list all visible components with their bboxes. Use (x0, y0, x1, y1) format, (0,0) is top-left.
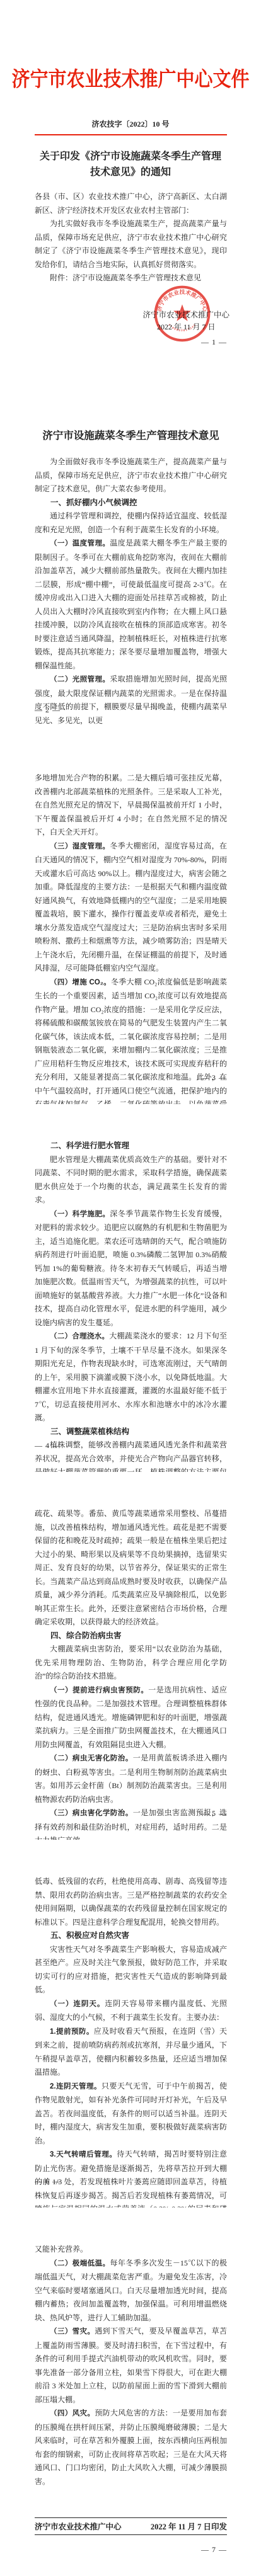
attachment-note: 附件：济宁市设施蔬菜冬季生产管理技术意见 (35, 271, 227, 285)
section-heading-5: 五、积极应对自然灾害 (35, 1929, 227, 1943)
paragraph-label: （二）极端低温。 (50, 2260, 110, 2267)
notice-title: 关于印发《济宁市设施蔬菜冬季生产管理技术意见》的通知 (36, 149, 225, 180)
paragraph: 多地增加光合产物的积累。二是大棚后墙可张挂反光幕，改善棚内北部蔬菜植株的光照条件… (35, 772, 227, 840)
svg-text:3708883017345: 3708883017345 (168, 323, 197, 332)
paragraph-label: 2.连阴天管理。 (50, 2083, 101, 2090)
page-3: 多地增加光合产物的积累。二是大棚后墙可张挂反光幕，改善棚内北部蔬菜植株的光照条件… (0, 736, 261, 1104)
paragraph-label: （二）病虫无害化防治。 (50, 1755, 133, 1762)
paragraph-label: 1.提前预防。 (50, 2028, 94, 2036)
red-divider (35, 134, 227, 135)
paragraph: （一）温度管理。温度是蔬菜大棚冬季生产最主要的限制因子。冬季可在大棚前底角挖防寒… (35, 537, 227, 673)
paragraph-label: （一）科学施肥。 (50, 1211, 110, 1218)
paragraph-label: （三）雪灾。 (50, 2328, 95, 2335)
page-number: — 4 — (35, 1441, 61, 1450)
attachment-title: 济宁市设施蔬菜冬季生产管理技术意见 (35, 368, 227, 443)
paragraph: （三）湿度管理。冬季大棚密闭，湿度容易过高，在白天通风的情况下，棚内空气相对湿度… (35, 840, 227, 976)
page-number: — 3 — (201, 1073, 227, 1083)
paragraph: 疏花、疏果等。番茄、黄瓜等蔬菜通常采用整枝、吊蔓措施，以改善植株结构，增加通风透… (35, 1507, 227, 1629)
paragraph: （三）雪灾。遇到下雪天气，要及早覆盖草苫，草苫上覆盖防雨雪薄膜。要及时清扫积雪，… (35, 2325, 227, 2407)
paragraph: （二）病虫无害化防治。一是用黄蓝板诱杀进入棚内的蚜虫、白粉虱等害虫。二是利用生物… (35, 1752, 227, 1806)
paragraph-label: （三）湿度管理。 (50, 843, 110, 850)
page-5: 疏花、疏果等。番茄、黄瓜等蔬菜通常采用整枝、吊蔓措施，以改善植株结构，增加通风透… (0, 1472, 261, 1840)
paragraph-label: （二）合理浇水。 (50, 1333, 109, 1340)
paragraph-label: （一）提前进行病虫害预防。 (50, 1687, 148, 1694)
paragraph-text: 温度是蔬菜大棚冬季生产最主要的限制因子。冬季可在大棚前底角挖防寒沟，夜间在大棚前… (35, 539, 227, 670)
paragraph-text: 深冬季节蔬菜作物生长发育缓慢，对肥料的需求较少。追肥应以腐熟的有机肥和生物菌肥为… (35, 1209, 227, 1327)
paragraph: 又能补充营养。 (35, 2243, 227, 2257)
paragraph-text: 冬季大棚 CO₂浓度偏低是影响蔬菜生长的一个重要因素，适当增加 CO₂浓度可以有… (35, 977, 227, 1105)
paragraph-label: （三）病虫害化学防治。 (50, 1809, 133, 1817)
paragraph-label: （四）风灾。 (50, 2410, 95, 2417)
seal-serial: 3708883017345 (168, 323, 197, 332)
paragraph: 低毒、低残留的农药，杜绝使用高毒、剧毒、高残留等违禁、限用农药防治病虫害。三是严… (35, 1875, 227, 1929)
paragraph: （一）科学施肥。深冬季节蔬菜作物生长发育缓慢，对肥料的需求较少。追肥应以腐熟的有… (35, 1207, 227, 1330)
paragraph: 灾害性天气对冬季蔬菜生产影响极大，容易造成减产甚至绝产。应及时关注气象预报，做好… (35, 1943, 227, 1997)
paragraph: （一）连阴天。连阴天容易带来棚内温度低、光照弱、湿度大的小气候，不利于蔬菜生长发… (35, 1997, 227, 2025)
colophon-print-date: 2022 年 11 月 7 日印发 (151, 2521, 227, 2532)
paragraph: 通过科学管理和调控，使棚内保持适宜温度、较低湿度和充足光照，创造一个有利于蔬菜生… (35, 510, 227, 537)
letter-body-block: 各县（市、区）农业技术推广中心，济宁高新区、太白湖新区、济宁经济技术开发区农业农… (35, 190, 227, 285)
doc-number: 济农技字〔2022〕10 号 (0, 118, 261, 129)
seal-star-icon (173, 304, 191, 321)
page-number: — 6 — (35, 2177, 61, 2186)
page-4: 二、科学进行肥水管理 肥水管理是大棚蔬菜优质高效生产的基础。要针对不同蔬菜、不同… (0, 1104, 261, 1472)
paragraph: 大棚蔬菜病虫害防治，要采用“以农业防治为基础，优先采用物理防治、生物防治，科学合… (35, 1643, 227, 1684)
page-number: — 2 — (35, 705, 61, 715)
paragraph-text: 每年冬季多次发生－15℃以下的极端低温天气，对大棚蔬菜危害严重。为避免发生冻害，… (35, 2259, 227, 2322)
page-7: 又能补充营养。 （二）极端低温。每年冬季多次发生－15℃以下的极端低温天气，对大… (0, 2208, 261, 2576)
paragraph: （二）光照管理。采取措施增加光照时间，提高光照强度，最大限度保证棚内蔬菜的光照需… (35, 673, 227, 727)
paragraph-text: 只要天气无雪，可于中午前揭苫，使作物见散射光，如有补光条件可同时开灯补光，午后及… (35, 2082, 227, 2145)
official-seal-icon: 济宁市农业技术推广中心 3708883017345 (153, 285, 211, 343)
paragraph-text: 遇到下雪天气，要及早覆盖草苫，草苫上覆盖防雨雪薄膜。要及时清扫积雪，在下雪过程中… (35, 2327, 227, 2404)
section-heading-1: 一、抓好棚内小气候调控 (35, 496, 227, 510)
paragraph-text: 冬季大棚密闭，湿度容易过高，在白天通风的情况下，棚内空气相对湿度为 70%-80… (35, 841, 227, 973)
org-header: 济宁市农业技术推广中心文件 (0, 64, 261, 93)
paragraph: 1.提前预防。应及时收看天气预报，在连阴（雪）天到来之前，提前喷防病药剂或抗寒剂… (35, 2025, 227, 2080)
paragraph: （四）风灾。预防大风危害的方法：一是要用加布套的压膜绳在拱杆间压紧，并防止压膜绳… (35, 2407, 227, 2488)
paragraph: 植株调整，能够改善棚内蔬菜通风透光条件和蔬菜营养状况，提高光合效率，并使光合产物… (35, 1439, 227, 1472)
section-heading-4: 四、综合防治病虫害 (35, 1629, 227, 1643)
paragraph: （一）提前进行病虫害预防。一是选用抗病性、适应性强的优良品种。二是加强技术管理。… (35, 1684, 227, 1752)
paragraph: 2.连阴天管理。只要天气无雪，可于中午前揭苫，使作物见散射光，如有补光条件可同时… (35, 2080, 227, 2148)
page-2: 济宁市设施蔬菜冬季生产管理技术意见 为全面做好我市冬季设施蔬菜生产，提高蔬菜产量… (0, 368, 261, 736)
paragraph-text: 大棚蔬菜浇水的要求：12 月下旬至 1 月下旬的深冬季节，土壤不干旱尽量不浇水。… (35, 1331, 227, 1422)
paragraph: （二）极端低温。每年冬季多次发生－15℃以下的极端低温天气，对大棚蔬菜危害严重。… (35, 2257, 227, 2325)
paragraph-label: （二）光照管理。 (50, 676, 110, 683)
paragraph: 为全面做好我市冬季设施蔬菜生产，提高蔬菜产量与品质，保障市场充足供应，济宁市农业… (35, 455, 227, 496)
page-number: — 7 — (201, 2545, 227, 2555)
section-heading-3: 三、调整蔬菜植株结构 (35, 1425, 227, 1439)
letter-body: 为扎实做好我市冬季设施蔬菜生产，提高蔬菜产量与品质，保障市场充足供应，济宁市农业… (35, 217, 227, 271)
paragraph-text: 一是选用抗病性、适应性强的优良品种。二是加强技术管理。合理调整植株群体结构，促进… (35, 1685, 227, 1749)
colophon-issuer: 济宁市农业技术推广中心 (35, 2521, 122, 2532)
page-1: 济宁市农业技术推广中心文件 济农技字〔2022〕10 号 关于印发《济宁市设施蔬… (0, 0, 261, 368)
paragraph: 3.天气转晴后管理。待天气转晴，揭苫时要特别注意防止光伤害。避免措施是逐渐揭苫，… (35, 2148, 227, 2208)
paragraph-label: （一）温度管理。 (50, 540, 110, 547)
recipients: 各县（市、区）农业技术推广中心，济宁高新区、太白湖新区、济宁经济技术开发区农业农… (35, 190, 227, 217)
paragraph-label: （四）增施 CO₂。 (50, 979, 111, 986)
paragraph: （四）增施 CO₂。冬季大棚 CO₂浓度偏低是影响蔬菜生长的一个重要因素，适当增… (35, 976, 227, 1105)
colophon: 济宁市农业技术推广中心 2022 年 11 月 7 日印发 (35, 2517, 227, 2535)
page-number: — 1 — (201, 338, 227, 347)
paragraph-label: 3.天气转晴后管理。 (50, 2151, 117, 2158)
page-6: 低毒、低残留的农药，杜绝使用高毒、剧毒、高残留等违禁、限用农药防治病虫害。三是严… (0, 1840, 261, 2208)
document: 济宁市农业技术推广中心文件 济农技字〔2022〕10 号 关于印发《济宁市设施蔬… (0, 0, 261, 2576)
section-heading-2: 二、科学进行肥水管理 (35, 1139, 227, 1153)
page-number: — 5 — (201, 1809, 227, 1818)
paragraph: 肥水管理是大棚蔬菜优质高效生产的基础。要针对不同蔬菜、不同时期的肥水需求，采取科… (35, 1153, 227, 1207)
paragraph: （二）合理浇水。大棚蔬菜浇水的要求：12 月下旬至 1 月下旬的深冬季节，土壤不… (35, 1330, 227, 1425)
paragraph-label: （一）连阴天。 (50, 2000, 105, 2008)
paragraph-text: 预防大风危害的方法：一是要用加布套的压膜绳在拱杆间压紧，并防止压膜绳磨破薄膜；二… (35, 2408, 227, 2486)
paragraph: （三）病虫害化学防治。一是加强虫害监测预报，选择有效药剂和最佳防治时机，对症用药… (35, 1806, 227, 1840)
